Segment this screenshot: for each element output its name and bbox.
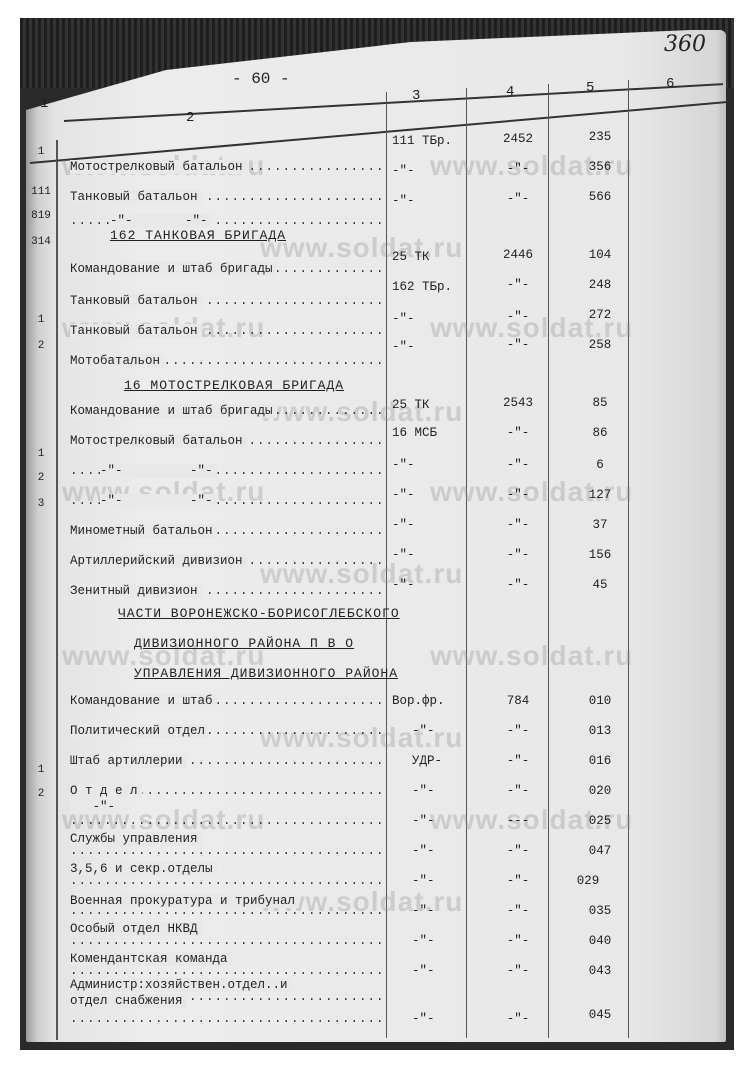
margin-number: 3: [30, 498, 52, 510]
cell-col5: 272: [560, 308, 640, 322]
col-line-3: [466, 88, 467, 1038]
cell-col4: -"-: [478, 784, 558, 798]
cell-col5: 6: [560, 458, 640, 472]
cell-col5: 013: [560, 724, 640, 738]
row-label: Штаб артиллерии: [70, 754, 187, 768]
cell-col4: -"-: [478, 338, 558, 352]
cell-col3: -"-: [392, 578, 472, 592]
col-line-1: [56, 150, 57, 1040]
cell-col5: 156: [560, 548, 640, 562]
cell-col5: 248: [560, 278, 640, 292]
row-label: -"- -"-: [100, 494, 217, 508]
cell-col5: 127: [560, 488, 640, 502]
cell-col5: 010: [560, 694, 640, 708]
cell-col4: -"-: [478, 310, 558, 324]
cell-col4: -"-: [478, 518, 558, 532]
section-heading-162-tank-brigade: 162 ТАНКОВАЯ БРИГАДА: [110, 228, 286, 243]
cell-col4: 2452: [478, 132, 558, 146]
cell-col4: -"-: [478, 192, 558, 206]
cell-col4: -"-: [478, 934, 558, 948]
col-header-6: 6: [666, 76, 674, 92]
margin-number: 1: [30, 146, 52, 158]
cell-col4: -"-: [478, 844, 558, 858]
cell-col4: 2446: [478, 248, 558, 262]
section-heading-pvo-directorate: УПРАВЛЕНИЯ ДИВИЗИОННОГО РАЙОНА: [134, 666, 398, 681]
cell-col3: -"-: [392, 164, 472, 178]
row-label: -"- -"-: [100, 464, 217, 478]
row-label: Комендантская команда: [70, 952, 232, 966]
row-label: Танковый батальон: [70, 294, 202, 308]
cell-col4: -"-: [478, 426, 558, 440]
row-label: Особый отдел НКВД: [70, 922, 202, 936]
cell-col3: -"-: [392, 548, 472, 562]
cell-col4: -"-: [478, 278, 558, 292]
cell-col5: 025: [560, 814, 640, 828]
cell-col4: -"-: [478, 548, 558, 562]
cell-col3: -"-: [392, 488, 472, 502]
cell-col5: 043: [560, 964, 640, 978]
row-label: Мотобатальон: [70, 354, 164, 368]
cell-col3: 162 ТБр.: [392, 280, 472, 294]
row-label: Командование и штаб бригады: [70, 262, 277, 276]
cell-col3: Вор.фр.: [392, 694, 472, 708]
col-header-3: 3: [412, 88, 420, 104]
cell-col5: 566: [560, 190, 640, 204]
cell-col5: 258: [560, 338, 640, 352]
cell-col3: -"-: [392, 312, 472, 326]
cell-col5: 86: [560, 426, 640, 440]
cell-col5: 035: [560, 904, 640, 918]
cell-col3: -"-: [392, 340, 472, 354]
cell-col5: 37: [560, 518, 640, 532]
row-label: -"-: [70, 800, 119, 814]
row-label: Мотострелковый батальон: [70, 160, 247, 174]
cell-col3: 111 ТБр.: [392, 134, 472, 148]
cell-col4: ---: [478, 814, 558, 828]
sheet-number: 360: [664, 32, 706, 57]
margin-number: 1: [30, 314, 52, 326]
cell-col4: 2543: [478, 396, 558, 410]
row-label: Зенитный дивизион: [70, 584, 202, 598]
col-header-5: 5: [586, 80, 594, 96]
row-label: Артиллерийский дивизион: [70, 554, 247, 568]
row-label: -"- -"-: [110, 214, 212, 228]
row-label: отдел снабжения: [70, 994, 187, 1008]
row-label: Командование и штаб бригады: [70, 404, 277, 418]
margin-number: 1: [30, 764, 52, 776]
cell-col3: -"-: [392, 458, 472, 472]
section-heading-pvo-units: ЧАСТИ ВОРОНЕЖСКО-БОРИСОГЛЕБСКОГО: [118, 606, 400, 621]
left-margin-column: [30, 140, 58, 1040]
cell-col4: -"-: [478, 724, 558, 738]
margin-number: 2: [30, 340, 52, 352]
cell-col5: 029: [548, 874, 628, 888]
cell-col5: 85: [560, 396, 640, 410]
cell-col5: 235: [560, 130, 640, 144]
cell-col4: -"-: [478, 874, 558, 888]
row-label: Танковый батальон: [70, 190, 202, 204]
cell-col4: 784: [478, 694, 558, 708]
col-header-2: 2: [186, 110, 194, 126]
col-header-4: 4: [506, 84, 514, 100]
margin-number: 314: [30, 236, 52, 248]
cell-col5: 020: [560, 784, 640, 798]
row-label: Администр:хозяйствен.отдел..и: [70, 978, 292, 992]
row-label: Военная прокуратура и трибунал: [70, 894, 299, 908]
cell-col3: -"-: [392, 518, 472, 532]
cell-col4: -"-: [478, 488, 558, 502]
cell-col5: 047: [560, 844, 640, 858]
cell-col5: 104: [560, 248, 640, 262]
row-label: Минометный батальон: [70, 524, 217, 538]
row-label: Командование и штаб: [70, 694, 217, 708]
cell-col3: -"-: [392, 194, 472, 208]
cell-col5: 45: [560, 578, 640, 592]
section-heading-pvo-district: ДИВИЗИОННОГО РАЙОНА П В О: [134, 636, 354, 651]
row-label: Мотострелковый батальон: [70, 434, 247, 448]
page-number: - 60 -: [232, 70, 290, 88]
watermark: www.soldat.ru: [430, 640, 633, 672]
margin-number: 2: [30, 788, 52, 800]
col-header-1: 1: [40, 96, 48, 112]
cell-col5: 356: [560, 160, 640, 174]
cell-col3: 25 ТК: [392, 250, 472, 264]
cell-col5: 045: [560, 1008, 640, 1022]
margin-number: 819: [30, 210, 52, 222]
cell-col4: -"-: [478, 458, 558, 472]
cell-col4: -"-: [478, 162, 558, 176]
margin-number: 111: [30, 186, 52, 198]
cell-col4: -"-: [478, 964, 558, 978]
margin-number: 1: [30, 448, 52, 460]
cell-col5: 040: [560, 934, 640, 948]
row-label: 3,5,6 и секр.отделы: [70, 862, 217, 876]
cell-col5: 016: [560, 754, 640, 768]
row-label: Службы управления: [70, 832, 202, 846]
cell-col4: -"-: [478, 1012, 558, 1026]
cell-col4: -"-: [478, 578, 558, 592]
row-label: О т д е л: [70, 784, 142, 798]
cell-col3: 25 ТК: [392, 398, 472, 412]
margin-number: 2: [30, 472, 52, 484]
section-heading-16-motor-rifle-brigade: 16 МОТОСТРЕЛКОВАЯ БРИГАДА: [124, 378, 344, 393]
row-label: Танковый батальон: [70, 324, 202, 338]
cell-col3: 16 МСБ: [392, 426, 472, 440]
row-label: Политический отдел: [70, 724, 209, 738]
cell-col4: -"-: [478, 754, 558, 768]
cell-col4: -"-: [478, 904, 558, 918]
